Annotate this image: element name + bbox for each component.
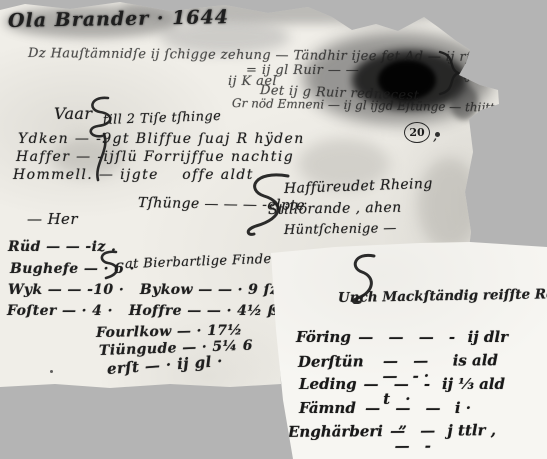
ledger-line-foster: Foſter — · 4 · Hoffre — — · 4½ ß ald	[7, 304, 309, 318]
entry-name: Fämnd	[299, 401, 356, 416]
ledger-line-bughefe: Bughefe — · 6 ·	[10, 262, 135, 276]
entry-value: i ·	[455, 401, 471, 416]
folio-number: 20	[404, 122, 430, 143]
ledger-line-ydken: Ydken — -9gt Bliffue ſuaj R hÿden	[18, 132, 305, 146]
entry-dashes: — — — -	[388, 424, 443, 454]
page2-heading: Unch Mackſtändig reiſſte Rettingfed	[338, 287, 547, 305]
ledger-line-haffer: Haffer — -ijſlü Forrijffue nachtig	[16, 150, 294, 164]
entry-dashes: — — — -	[356, 330, 463, 345]
ledger-line-rud: Rüd — — -iz .	[8, 240, 116, 254]
entry-value: ij dlr	[468, 330, 508, 345]
manuscript-line: Stillörande , ahen	[268, 201, 402, 217]
entry-value: ij ⅓ ald	[442, 377, 505, 392]
ledger-line-hommell: Hommell. — ijgte offe aldt	[13, 168, 254, 182]
manuscript-line: — Her	[27, 212, 78, 227]
entry-name: Leding	[299, 377, 357, 392]
folio-comma-mark: ,	[433, 130, 438, 143]
manuscript-line: Dz Hauſtämnidſe ij ſchigge zehung — Tänd…	[28, 47, 494, 64]
manuscript-line: Haffüreudet Rheing	[284, 177, 433, 196]
manuscript-line: Vaar	[54, 106, 92, 122]
manuscript-line: Gr nöd Emneni — ij gl ijgd Eſtünge — thi…	[232, 97, 495, 114]
ledger-line-fourlkow: Fourlkow — · 17½	[96, 323, 243, 340]
ledger-entry-foring: Föring — — — - ij dlr	[296, 330, 508, 345]
faint-blotch-3	[418, 158, 480, 250]
entry-name: Derſtün	[298, 354, 364, 370]
entry-value: is ald	[453, 353, 498, 368]
entry-name: Enghärberi	[288, 424, 383, 440]
page-header-name-year: Ola Brander · 1644	[8, 8, 229, 31]
ledger-line-wyk: Wyk — — -10 · Bykow — — · 9 ſz	[8, 283, 278, 297]
entry-value: j ttlr ,	[447, 423, 496, 438]
manuscript-line: Hüntſchenige —	[284, 222, 397, 237]
scanned-manuscript: Ola Brander · 1644 Dz Hauſtämnidſe ij ſc…	[0, 0, 547, 459]
manuscript-line: at Bierbartlige Finde	[125, 253, 272, 271]
manuscript-line: till 2 Tiſe tſhinge	[103, 110, 222, 127]
ink-dot-2	[50, 370, 53, 373]
entry-name: Föring	[296, 330, 351, 345]
ledger-entry-engharberi: Enghärberi — — — - j ttlr ,	[288, 423, 496, 455]
